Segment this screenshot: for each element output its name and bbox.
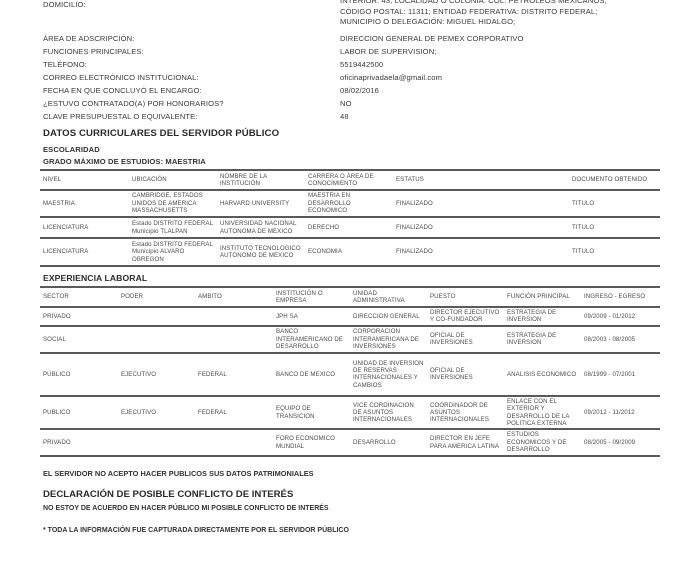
info-row: FUNCIONES PRINCIPALES:LABOR DE SUPERVISI… — [43, 45, 683, 58]
table-cell: DIRECTOR EN JEFE PARA AMERICA LATINA — [427, 429, 504, 455]
table-cell: MAESTRIA EN DESARROLLO ECONOMICO — [305, 190, 393, 217]
info-value: 48 — [340, 110, 683, 123]
table-cell — [481, 238, 569, 266]
table-row: SOCIALBANCO INTERAMERICANO DE DESARROLLO… — [40, 326, 660, 353]
info-row: ¿ESTUVO CONTRATADO(A) POR HONORARIOS?NO — [43, 97, 683, 110]
table-cell: EJECUTIVO — [118, 353, 195, 396]
table-cell: OFICIAL DE INVERSIONES — [427, 326, 504, 353]
info-value: LABOR DE SUPERVISION; — [340, 45, 683, 58]
table-cell: 09/2009 - 01/2012 — [581, 307, 660, 326]
table-cell: HARVARD UNIVERSITY — [217, 190, 305, 217]
table-cell: BANCO DE MEXICO — [273, 353, 350, 396]
general-info: DOMICILIO: INTERIOR: 43; LOCALIDAD O COL… — [43, 0, 683, 123]
table-cell: VICE CORDINACION DE ASUNTOS INTERNACIONA… — [350, 396, 427, 430]
table-cell — [118, 326, 195, 353]
capture-note: * TODA LA INFORMACIÓN FUE CAPTURADA DIRE… — [43, 527, 349, 534]
table-cell: FINALIZADO — [393, 238, 481, 266]
table-cell: LICENCIATURA — [40, 238, 129, 266]
column-header: UBICACIÓN — [129, 170, 217, 190]
table-cell: PRIVADO — [40, 429, 118, 455]
info-label: ¿ESTUVO CONTRATADO(A) POR HONORARIOS? — [43, 97, 340, 110]
table-cell: 08/2005 - 09/2009 — [581, 429, 660, 455]
table-cell: UNIDAD DE INVERSION DE RESERVAS INTERNAC… — [350, 353, 427, 396]
table-cell: CORPORACION INTERAMERICANA DE INVERSIONE… — [350, 326, 427, 353]
column-header: NIVEL — [40, 170, 129, 190]
column-header: PUESTO — [427, 287, 504, 307]
info-label: DOMICILIO: — [43, 0, 340, 28]
info-value-address: INTERIOR: 43; LOCALIDAD O COLONIA: COL. … — [340, 0, 683, 28]
table-cell — [195, 307, 273, 326]
table-row: PUBLICOEJECUTIVOFEDERALBANCO DE MEXICOUN… — [40, 353, 660, 396]
info-value: NO — [340, 97, 683, 110]
table-cell: BANCO INTERAMERICANO DE DESARROLLO — [273, 326, 350, 353]
table-cell: FORO ECONOMICO MUNDIAL — [273, 429, 350, 455]
conflict-notice: NO ESTOY DE ACUERDO EN HACER PÚBLICO MI … — [43, 505, 329, 512]
info-label: FUNCIONES PRINCIPALES: — [43, 45, 340, 58]
info-row: CLAVE PRESUPUESTAL O EQUIVALENTE:48 — [43, 110, 683, 123]
table-cell — [481, 217, 569, 238]
info-label: CLAVE PRESUPUESTAL O EQUIVALENTE: — [43, 110, 340, 123]
table-cell: TITULO — [569, 238, 660, 266]
column-header: CARRERA O ÁREA DE CONOCIMIENTO — [305, 170, 393, 190]
table-row: PUBLICOEJECUTIVOFEDERALEQUIPO DE TRANSIC… — [40, 396, 660, 430]
info-label: FECHA EN QUE CONCLUYÓ EL ENCARGO: — [43, 84, 340, 97]
table-cell: FINALIZADO — [393, 217, 481, 238]
column-header — [481, 170, 569, 190]
table-cell: TITULO — [569, 190, 660, 217]
table-cell: Estado DISTRITO FEDERAL Municipio TLALPA… — [129, 217, 217, 238]
section-title-curriculum: DATOS CURRICULARES DEL SERVIDOR PÚBLICO — [43, 128, 279, 139]
table-header-row: SECTORPODERAMBITOINSTITUCIÓN O EMPRESAUN… — [40, 287, 660, 307]
table-cell: SOCIAL — [40, 326, 118, 353]
address-line: MUNICIPIO O DELEGACIÓN: MIGUEL HIDALGO; — [340, 17, 683, 28]
table-cell — [118, 307, 195, 326]
table-cell: ENLACE CON EL EXTERIOR Y DESARROLLO DE L… — [504, 396, 581, 430]
table-cell: DIRECTOR EJECUTIVO Y CO-FUNDADOR — [427, 307, 504, 326]
section-title-experience: EXPERIENCIA LABORAL — [43, 273, 147, 283]
info-value: oficinaprivadaela@gmail.com — [340, 71, 683, 84]
table-cell: TITULO — [569, 217, 660, 238]
info-row: CORREO ELECTRÓNICO INSTITUCIONAL:oficina… — [43, 71, 683, 84]
experience-table: SECTORPODERAMBITOINSTITUCIÓN O EMPRESAUN… — [40, 286, 660, 457]
table-row: PRIVADOFORO ECONOMICO MUNDIALDESARROLLOD… — [40, 429, 660, 455]
table-cell: ESTRATEGIA DE INVERSION — [504, 307, 581, 326]
table-cell: JPH SA — [273, 307, 350, 326]
table-cell: DESARROLLO — [350, 429, 427, 455]
column-header: UNIDAD ADMINISTRATIVA — [350, 287, 427, 307]
table-row: LICENCIATURAEstado DISTRITO FEDERAL Muni… — [40, 238, 660, 266]
column-header: PODER — [118, 287, 195, 307]
conflict-title: DECLARACIÓN DE POSIBLE CONFLICTO DE INTE… — [43, 489, 293, 500]
info-label: ÁREA DE ADSCRIPCIÓN: — [43, 32, 340, 45]
table-cell: MAESTRIA — [40, 190, 129, 217]
table-cell: PRIVADO — [40, 307, 118, 326]
column-header: ESTATUS — [393, 170, 481, 190]
table-cell: INSTITUTO TECNOLOGICO AUTONOMO DE MEXICO — [217, 238, 305, 266]
info-rows: ÁREA DE ADSCRIPCIÓN:DIRECCION GENERAL DE… — [43, 32, 683, 123]
table-cell: FINALIZADO — [393, 190, 481, 217]
table-cell: FEDERAL — [195, 353, 273, 396]
table-cell: FEDERAL — [195, 396, 273, 430]
table-cell: ESTRATEGIA DE INVERSION — [504, 326, 581, 353]
max-degree: GRADO MÁXIMO DE ESTUDIOS: MAESTRIA — [43, 157, 206, 166]
table-cell: ECONOMIA — [305, 238, 393, 266]
table-cell: COORDINADOR DE ASUNTOS INTERNACIONALES — [427, 396, 504, 430]
table-header-row: NIVELUBICACIÓNNOMBRE DE LA INSTITUCIÓNCA… — [40, 170, 660, 190]
column-header: AMBITO — [195, 287, 273, 307]
info-label: CORREO ELECTRÓNICO INSTITUCIONAL: — [43, 71, 340, 84]
table-cell: DERECHO — [305, 217, 393, 238]
info-value: DIRECCION GENERAL DE PEMEX CORPORATIVO — [340, 32, 683, 45]
column-header: SECTOR — [40, 287, 118, 307]
table-cell: 08/1999 - 07/2001 — [581, 353, 660, 396]
column-header: DOCUMENTO OBTENIDO — [569, 170, 660, 190]
column-header: INGRESO - EGRESO — [581, 287, 660, 307]
info-label: TELÉFONO: — [43, 58, 340, 71]
table-cell: DIRECCION GENERAL — [350, 307, 427, 326]
info-row: TELÉFONO:5519442500 — [43, 58, 683, 71]
table-cell: OFICIAL DE INVERSIONES — [427, 353, 504, 396]
info-row: FECHA EN QUE CONCLUYÓ EL ENCARGO:08/02/2… — [43, 84, 683, 97]
table-cell: 08/2003 - 08/2005 — [581, 326, 660, 353]
table-cell — [481, 190, 569, 217]
table-cell: ANALISIS ECONOMICO — [504, 353, 581, 396]
info-value: 5519442500 — [340, 58, 683, 71]
info-row: ÁREA DE ADSCRIPCIÓN:DIRECCION GENERAL DE… — [43, 32, 683, 45]
table-cell: UNIVERSIDAD NACIONAL AUTONOMA DE MEXICO — [217, 217, 305, 238]
info-row-domicilio: DOMICILIO: INTERIOR: 43; LOCALIDAD O COL… — [43, 0, 683, 28]
table-row: MAESTRIACAMBRIDGE, ESTADOS UNIDOS DE AME… — [40, 190, 660, 217]
column-header: NOMBRE DE LA INSTITUCIÓN — [217, 170, 305, 190]
info-value: 08/02/2016 — [340, 84, 683, 97]
table-cell: EQUIPO DE TRANSICION — [273, 396, 350, 430]
table-cell — [195, 429, 273, 455]
patrimonial-notice: EL SERVIDOR NO ACEPTO HACER PUBLICOS SUS… — [43, 469, 314, 478]
table-cell — [118, 429, 195, 455]
schooling-title: ESCOLARIDAD — [43, 145, 100, 154]
table-cell: Estado DISTRITO FEDERAL Municipio ALVARO… — [129, 238, 217, 266]
table-cell: LICENCIATURA — [40, 217, 129, 238]
table-cell: PUBLICO — [40, 353, 118, 396]
table-cell: EJECUTIVO — [118, 396, 195, 430]
education-table: NIVELUBICACIÓNNOMBRE DE LA INSTITUCIÓNCA… — [40, 169, 660, 267]
table-cell: PUBLICO — [40, 396, 118, 430]
table-row: LICENCIATURAEstado DISTRITO FEDERAL Muni… — [40, 217, 660, 238]
table-cell — [195, 326, 273, 353]
table-cell: 09/2012 - 11/2012 — [581, 396, 660, 430]
table-cell: ESTUDIOS ECONOMICOS Y DE DESARROLLO — [504, 429, 581, 455]
table-row: PRIVADOJPH SADIRECCION GENERALDIRECTOR E… — [40, 307, 660, 326]
table-cell: CAMBRIDGE, ESTADOS UNIDOS DE AMERICA MAS… — [129, 190, 217, 217]
address-line: CÓDIGO POSTAL: 11311; ENTIDAD FEDERATIVA… — [340, 7, 683, 18]
column-header: INSTITUCIÓN O EMPRESA — [273, 287, 350, 307]
column-header: FUNCIÓN PRINCIPAL — [504, 287, 581, 307]
